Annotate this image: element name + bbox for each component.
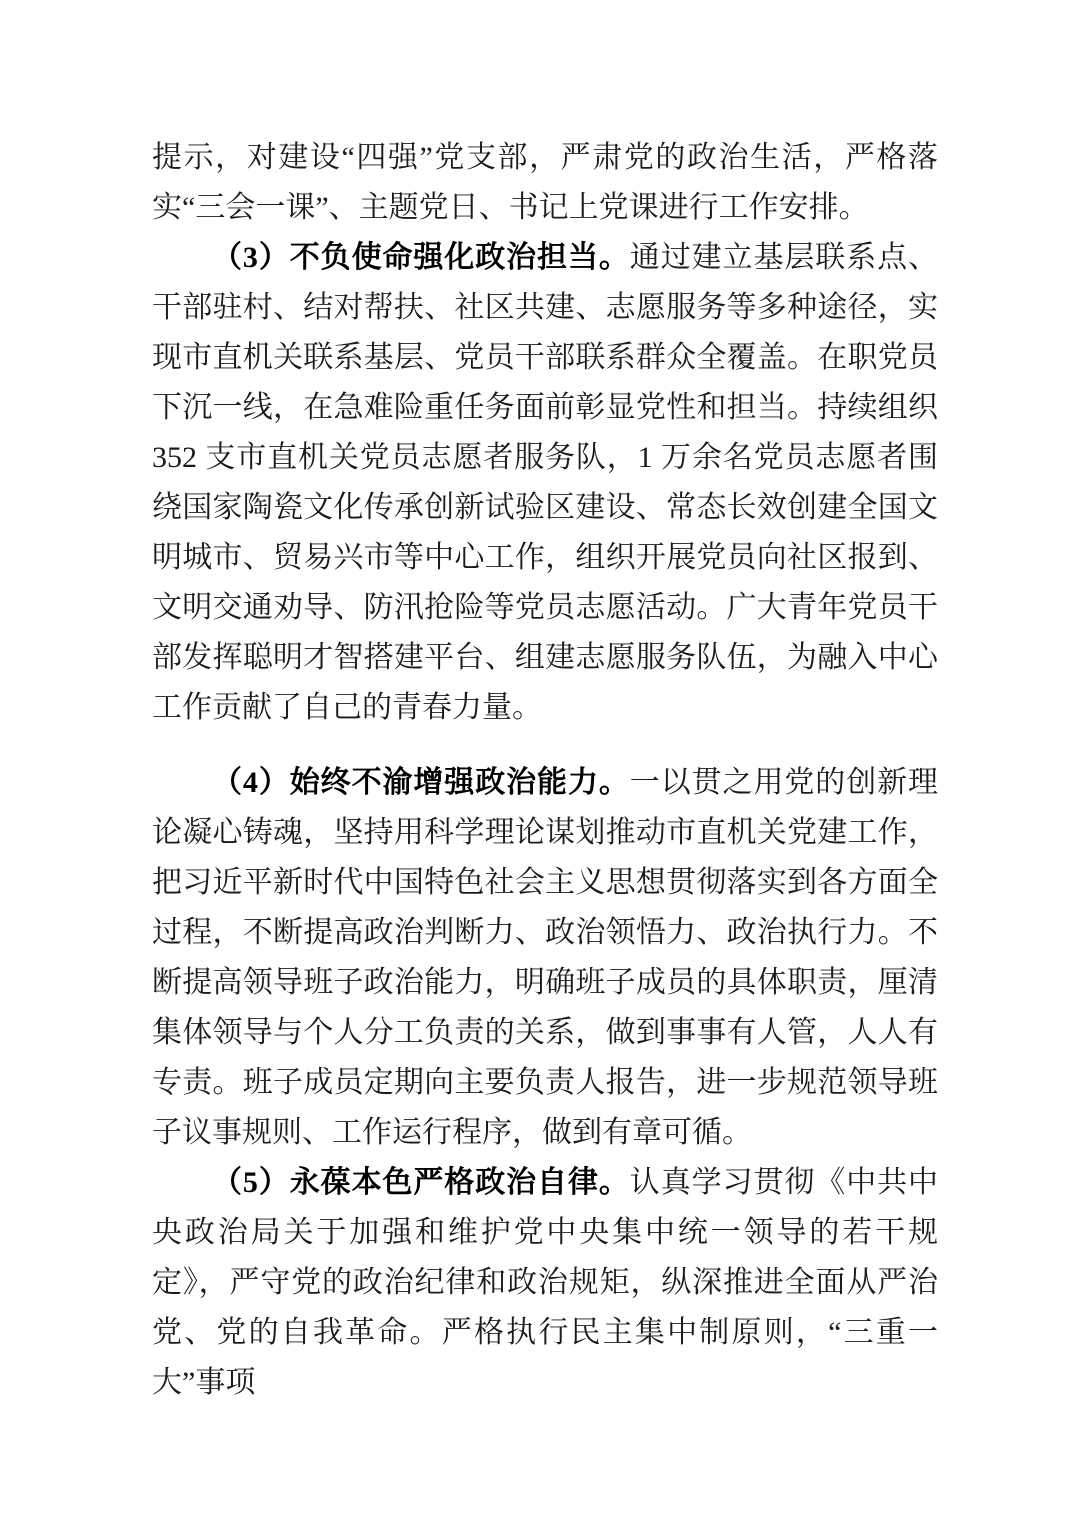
paragraph-text-run: 一以贯之用党的创新理论凝心铸魂，坚持用科学理论谋划推动市直机关党建工作，把习近平… xyxy=(152,766,938,1149)
document-page: 提示，对建设“四强”党支部，严肃党的政治生活，严格落实“三会一课”、主题党日、书… xyxy=(0,0,1074,1520)
paragraph-text-run: 提示，对建设“四强”党支部，严肃党的政治生活，严格落实“三会一课”、主题党日、书… xyxy=(152,141,938,224)
paragraph-heading-run: （5）永葆本色严格政治自律。 xyxy=(212,1166,630,1199)
document-body: 提示，对建设“四强”党支部，严肃党的政治生活，严格落实“三会一课”、主题党日、书… xyxy=(152,133,938,1408)
paragraph-text-run: 通过建立基层联系点、干部驻村、结对帮扶、社区共建、志愿服务等多种途径，实现市直机… xyxy=(152,241,938,724)
paragraph-item-3: （3）不负使命强化政治担当。通过建立基层联系点、干部驻村、结对帮扶、社区共建、志… xyxy=(152,233,938,733)
paragraph-item-4: （4）始终不渝增强政治能力。一以贯之用党的创新理论凝心铸魂，坚持用科学理论谋划推… xyxy=(152,758,938,1158)
paragraph-text-run: 认真学习贯彻《中共中央政治局关于加强和维护党中央集中统一领导的若干规定》，严守党… xyxy=(152,1166,938,1399)
paragraph-heading-run: （3）不负使命强化政治担当。 xyxy=(212,241,630,274)
paragraph-continuation: 提示，对建设“四强”党支部，严肃党的政治生活，严格落实“三会一课”、主题党日、书… xyxy=(152,133,938,233)
paragraph-heading-run: （4）始终不渝增强政治能力。 xyxy=(212,766,630,799)
paragraph-item-5: （5）永葆本色严格政治自律。认真学习贯彻《中共中央政治局关于加强和维护党中央集中… xyxy=(152,1158,938,1408)
